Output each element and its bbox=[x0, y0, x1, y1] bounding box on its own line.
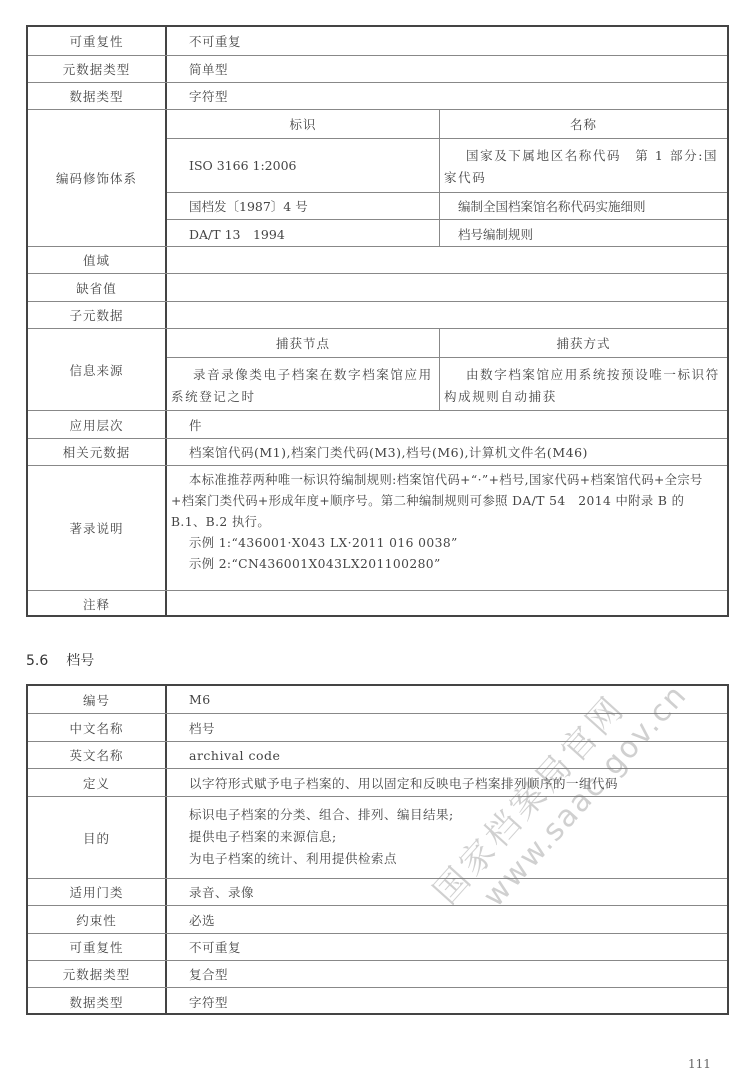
table-row: 英文名称 archival code bbox=[28, 741, 727, 768]
row-label: 缺省值 bbox=[28, 274, 165, 301]
row-label: 子元数据 bbox=[28, 302, 165, 328]
subtable-row: ISO 3166 1:2006 国家及下属地区名称代码 第 1 部分:国家代码 bbox=[167, 138, 727, 192]
example-2: 示例 2:“CN436001X043LX201100280” bbox=[171, 554, 719, 575]
purpose-row: 目的 标识电子档案的分类、组合、排列、编目结果; 提供电子档案的来源信息; 为电… bbox=[28, 796, 727, 878]
row-value: 档案馆代码(M1),档案门类代码(M3),档号(M6),计算机文件名(M46) bbox=[167, 439, 727, 465]
description-row: 著录说明 本标准推荐两种唯一标识符编制规则:档案馆代码+“·”+档号,国家代码+… bbox=[28, 465, 727, 590]
section-number: 5.6 bbox=[26, 653, 48, 669]
row-value: M6 bbox=[167, 686, 727, 713]
row-label: 可重复性 bbox=[28, 934, 165, 960]
section-heading: 5.6档号 bbox=[26, 650, 112, 670]
table-row: 值域 bbox=[28, 246, 727, 273]
row-value: 不可重复 bbox=[167, 934, 727, 960]
description-paragraph: 本标准推荐两种唯一标识符编制规则:档案馆代码+“·”+档号,国家代码+档案馆代码… bbox=[171, 470, 719, 533]
subtable-row: 录音录像类电子档案在数字档案馆应用系统登记之时 由数字档案馆应用系统按预设唯一标… bbox=[167, 357, 727, 411]
row-label: 信息来源 bbox=[28, 329, 165, 410]
scheme-name: 编制全国档案馆名称代码实施细则 bbox=[439, 193, 727, 219]
info-source-row: 信息来源 捕获节点 捕获方式 录音录像类电子档案在数字档案馆应用系统登记之时 由… bbox=[28, 328, 727, 410]
row-label: 编号 bbox=[28, 686, 165, 713]
row-label: 元数据类型 bbox=[28, 961, 165, 987]
row-label: 英文名称 bbox=[28, 742, 165, 768]
table-row: 编号 M6 bbox=[28, 686, 727, 713]
table-row: 元数据类型 复合型 bbox=[28, 960, 727, 987]
table-row: 子元数据 bbox=[28, 301, 727, 328]
row-label: 数据类型 bbox=[28, 83, 165, 109]
row-label: 定义 bbox=[28, 769, 165, 796]
section-title: 档号 bbox=[66, 653, 94, 669]
row-value bbox=[167, 274, 727, 301]
header-capture-node: 捕获节点 bbox=[167, 329, 439, 357]
table-row: 中文名称 档号 bbox=[28, 713, 727, 741]
metadata-table-bottom: 编号 M6 中文名称 档号 英文名称 archival code 定义 以字符形… bbox=[26, 684, 729, 1015]
row-value: 复合型 bbox=[167, 961, 727, 987]
capture-node: 录音录像类电子档案在数字档案馆应用系统登记之时 bbox=[167, 358, 439, 411]
row-label: 数据类型 bbox=[28, 988, 165, 1015]
header-id: 标识 bbox=[167, 110, 439, 138]
row-label: 适用门类 bbox=[28, 879, 165, 905]
row-value: 档号 bbox=[167, 714, 727, 741]
row-value: 不可重复 bbox=[167, 27, 727, 55]
table-row: 可重复性 不可重复 bbox=[28, 933, 727, 960]
row-label: 应用层次 bbox=[28, 411, 165, 438]
row-value: 简单型 bbox=[167, 56, 727, 82]
row-label: 目的 bbox=[28, 797, 165, 878]
row-value: archival code bbox=[167, 742, 727, 768]
row-value: 必选 bbox=[167, 906, 727, 933]
encoding-scheme-row: 编码修饰体系 标识 名称 ISO 3166 1:2006 国家及下属地区名称代码… bbox=[28, 109, 727, 246]
capture-method: 由数字档案馆应用系统按预设唯一标识符构成规则自动捕获 bbox=[439, 358, 727, 411]
scheme-name: 档号编制规则 bbox=[439, 220, 727, 247]
row-value bbox=[167, 302, 727, 328]
page-number: 111 bbox=[688, 1057, 711, 1071]
row-value: 件 bbox=[167, 411, 727, 438]
subtable-header: 标识 名称 bbox=[167, 110, 727, 138]
header-capture-method: 捕获方式 bbox=[439, 329, 727, 357]
table-row: 定义 以字符形式赋予电子档案的、用以固定和反映电子档案排列顺序的一组代码 bbox=[28, 768, 727, 796]
table-row: 约束性 必选 bbox=[28, 905, 727, 933]
row-label: 约束性 bbox=[28, 906, 165, 933]
metadata-table-top: 可重复性 不可重复 元数据类型 简单型 数据类型 字符型 编码修饰体系 标识 名… bbox=[26, 25, 729, 617]
row-label: 注释 bbox=[28, 591, 165, 617]
table-row: 数据类型 字符型 bbox=[28, 82, 727, 109]
row-value bbox=[167, 247, 727, 273]
table-row: 应用层次 件 bbox=[28, 410, 727, 438]
row-value: 字符型 bbox=[167, 988, 727, 1015]
header-name: 名称 bbox=[439, 110, 727, 138]
row-label: 值域 bbox=[28, 247, 165, 273]
purpose-lines: 标识电子档案的分类、组合、排列、编目结果; 提供电子档案的来源信息; 为电子档案… bbox=[167, 797, 727, 878]
purpose-line: 为电子档案的统计、利用提供检索点 bbox=[189, 848, 727, 870]
scheme-name: 国家及下属地区名称代码 第 1 部分:国家代码 bbox=[439, 139, 727, 192]
row-value: 字符型 bbox=[167, 83, 727, 109]
row-value: 以字符形式赋予电子档案的、用以固定和反映电子档案排列顺序的一组代码 bbox=[167, 769, 727, 796]
scheme-id: 国档发〔1987〕4 号 bbox=[167, 193, 439, 219]
row-label: 可重复性 bbox=[28, 27, 165, 55]
purpose-line: 提供电子档案的来源信息; bbox=[189, 826, 727, 848]
table-row: 可重复性 不可重复 bbox=[28, 27, 727, 55]
example-1: 示例 1:“436001·X043 LX·2011 016 0038” bbox=[171, 533, 719, 554]
table-row: 适用门类 录音、录像 bbox=[28, 878, 727, 905]
row-label: 相关元数据 bbox=[28, 439, 165, 465]
subtable-row: 国档发〔1987〕4 号 编制全国档案馆名称代码实施细则 bbox=[167, 192, 727, 219]
row-label: 中文名称 bbox=[28, 714, 165, 741]
row-value bbox=[167, 591, 727, 617]
table-row: 注释 bbox=[28, 590, 727, 617]
scheme-id: DA/T 13 1994 bbox=[167, 220, 439, 247]
scheme-id: ISO 3166 1:2006 bbox=[167, 139, 439, 192]
row-value: 录音、录像 bbox=[167, 879, 727, 905]
table-row: 缺省值 bbox=[28, 273, 727, 301]
table-row: 元数据类型 简单型 bbox=[28, 55, 727, 82]
row-label: 著录说明 bbox=[28, 466, 165, 590]
description-text: 本标准推荐两种唯一标识符编制规则:档案馆代码+“·”+档号,国家代码+档案馆代码… bbox=[167, 466, 727, 590]
row-label: 元数据类型 bbox=[28, 56, 165, 82]
table-row: 相关元数据 档案馆代码(M1),档案门类代码(M3),档号(M6),计算机文件名… bbox=[28, 438, 727, 465]
purpose-line: 标识电子档案的分类、组合、排列、编目结果; bbox=[189, 804, 727, 826]
subtable-row: DA/T 13 1994 档号编制规则 bbox=[167, 219, 727, 247]
row-label: 编码修饰体系 bbox=[28, 110, 165, 246]
table-row: 数据类型 字符型 bbox=[28, 987, 727, 1015]
subtable-header: 捕获节点 捕获方式 bbox=[167, 329, 727, 357]
